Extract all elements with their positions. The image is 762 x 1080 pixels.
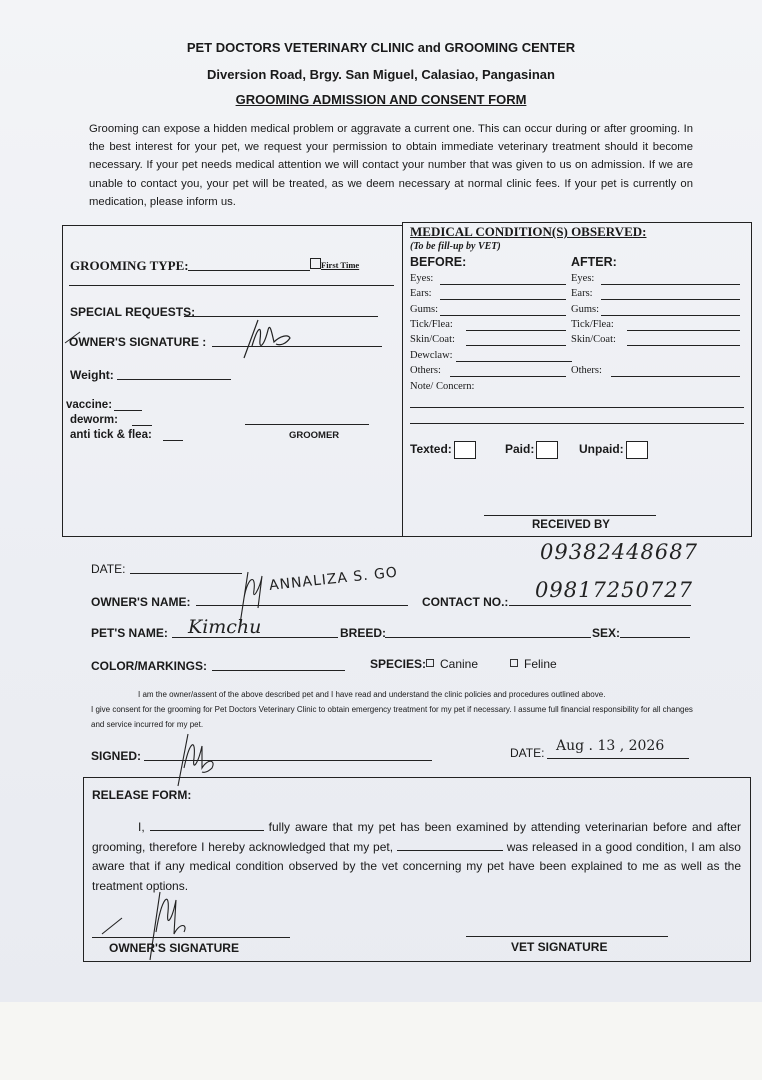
- date-field[interactable]: [130, 573, 242, 574]
- after-field-input[interactable]: [601, 299, 740, 300]
- before-field-label: Others:: [410, 365, 441, 376]
- consent-line-1: I am the owner/assent of the above descr…: [91, 687, 697, 702]
- note-line-2[interactable]: [410, 423, 744, 424]
- consent-date-handwritten: Aug . 13 , 2026: [556, 738, 664, 754]
- owner-signature-scribble: [240, 316, 300, 360]
- after-field-input[interactable]: [627, 345, 740, 346]
- intro-paragraph: Grooming can expose a hidden medical pro…: [89, 120, 693, 211]
- texted-option[interactable]: Texted:: [410, 441, 476, 459]
- date-label: DATE:: [91, 562, 125, 576]
- anti-tick-flea-field[interactable]: [163, 440, 183, 441]
- before-field-label: Ears:: [410, 288, 432, 299]
- consent-date-label: DATE:: [510, 746, 544, 760]
- vet-signature-field[interactable]: [466, 936, 668, 937]
- release-form-title: RELEASE FORM:: [92, 788, 191, 802]
- form-title: GROOMING ADMISSION AND CONSENT FORM: [0, 92, 762, 107]
- first-time-option[interactable]: First Time: [310, 258, 359, 270]
- before-field-input[interactable]: [466, 330, 566, 331]
- weight-label: Weight:: [70, 368, 114, 382]
- medical-title: MEDICAL CONDITION(S) OBSERVED:: [410, 224, 646, 240]
- received-by-label: RECEIVED BY: [532, 519, 610, 531]
- after-field-label: Tick/Flea:: [571, 319, 614, 330]
- after-field-label: Skin/Coat:: [571, 334, 616, 345]
- grooming-type-label: GROOMING TYPE:: [70, 258, 189, 274]
- before-label: BEFORE:: [410, 255, 466, 269]
- sex-label: SEX:: [592, 626, 620, 640]
- background-surface: [0, 1002, 762, 1080]
- after-field-label: Eyes:: [571, 273, 594, 284]
- received-by-field[interactable]: [484, 515, 656, 516]
- before-field-label: Tick/Flea:: [410, 319, 453, 330]
- before-field-label: Eyes:: [410, 273, 433, 284]
- species-canine-option[interactable]: Canine: [426, 657, 478, 671]
- contact-label: CONTACT NO.:: [422, 595, 508, 609]
- signed-label: SIGNED:: [91, 749, 141, 763]
- color-markings-field[interactable]: [212, 670, 345, 671]
- after-field-label: Ears:: [571, 288, 593, 299]
- after-field-input[interactable]: [601, 284, 740, 285]
- owner-name-label: OWNER'S NAME:: [91, 595, 191, 609]
- feline-label: Feline: [524, 657, 557, 671]
- deworm-label: deworm:: [70, 414, 118, 426]
- breed-label: BREED:: [340, 626, 386, 640]
- release-owner-name-field[interactable]: [150, 819, 264, 831]
- unpaid-option[interactable]: Unpaid:: [579, 441, 648, 459]
- paid-option[interactable]: Paid:: [505, 441, 558, 459]
- clinic-name: PET DOCTORS VETERINARY CLINIC and GROOMI…: [0, 40, 762, 55]
- vet-signature-label: VET SIGNATURE: [511, 940, 607, 954]
- grooming-type-field[interactable]: [188, 270, 310, 271]
- after-field-label: Gums:: [571, 304, 599, 315]
- before-field-input[interactable]: [466, 345, 566, 346]
- before-field-input[interactable]: [450, 376, 566, 377]
- before-field-label: Skin/Coat:: [410, 334, 455, 345]
- before-field-label: Dewclaw:: [410, 350, 453, 361]
- before-field-input[interactable]: [440, 299, 566, 300]
- texted-label: Texted:: [410, 442, 452, 456]
- before-field-label: Gums:: [410, 304, 438, 315]
- before-field-input[interactable]: [440, 315, 566, 316]
- paid-label: Paid:: [505, 442, 534, 456]
- unpaid-label: Unpaid:: [579, 442, 624, 456]
- note-concern-label: Note/ Concern:: [410, 381, 474, 392]
- vaccine-field[interactable]: [114, 410, 142, 411]
- consent-date-field[interactable]: [547, 758, 689, 759]
- pet-name-label: PET'S NAME:: [91, 626, 168, 640]
- species-feline-option[interactable]: Feline: [510, 657, 557, 671]
- before-field-input[interactable]: [440, 284, 566, 285]
- pet-name-handwritten: Kimchu: [188, 616, 261, 638]
- check-mark-icon: [64, 330, 82, 344]
- owner-name-field[interactable]: [196, 605, 408, 606]
- unpaid-checkbox[interactable]: [626, 441, 648, 459]
- note-line-1[interactable]: [410, 407, 744, 408]
- after-field-input[interactable]: [601, 315, 740, 316]
- species-label: SPECIES:: [370, 657, 426, 671]
- after-field-label: Others:: [571, 365, 602, 376]
- medical-subtitle: (To be fill-up by VET): [410, 241, 501, 252]
- canine-checkbox[interactable]: [426, 659, 434, 667]
- before-field-input[interactable]: [456, 361, 572, 362]
- deworm-field[interactable]: [132, 425, 152, 426]
- release-text-part-1: I,: [138, 820, 145, 834]
- contact-handwritten: 09817250727: [535, 578, 693, 602]
- texted-checkbox[interactable]: [454, 441, 476, 459]
- canine-label: Canine: [440, 657, 478, 671]
- first-time-checkbox[interactable]: [310, 258, 321, 269]
- weight-field[interactable]: [117, 379, 231, 380]
- medical-box: [402, 222, 752, 537]
- release-owner-signature-label: OWNER'S SIGNATURE: [109, 941, 239, 955]
- groomer-label: GROOMER: [289, 430, 339, 441]
- groomer-signature-field[interactable]: [245, 424, 369, 425]
- breed-field[interactable]: [385, 637, 591, 638]
- after-field-input[interactable]: [627, 330, 740, 331]
- sex-field[interactable]: [620, 637, 690, 638]
- after-field-input[interactable]: [611, 376, 740, 377]
- clinic-address: Diversion Road, Brgy. San Miguel, Calasi…: [0, 67, 762, 82]
- feline-checkbox[interactable]: [510, 659, 518, 667]
- grooming-type-line-2[interactable]: [69, 285, 394, 286]
- release-pet-name-field[interactable]: [397, 839, 503, 851]
- owner-signature-label: OWNER'S SIGNATURE :: [69, 335, 206, 349]
- vaccine-label: vaccine:: [66, 399, 112, 411]
- paid-checkbox[interactable]: [536, 441, 558, 459]
- special-requests-label: SPECIAL REQUESTS:: [70, 305, 195, 319]
- after-label: AFTER:: [571, 255, 617, 269]
- color-markings-label: COLOR/MARKINGS:: [91, 659, 207, 673]
- contact-alt-handwritten: 09382448687: [540, 540, 698, 564]
- anti-tick-flea-label: anti tick & flea:: [70, 429, 152, 441]
- first-time-label: First Time: [321, 260, 359, 270]
- contact-field[interactable]: [509, 605, 691, 606]
